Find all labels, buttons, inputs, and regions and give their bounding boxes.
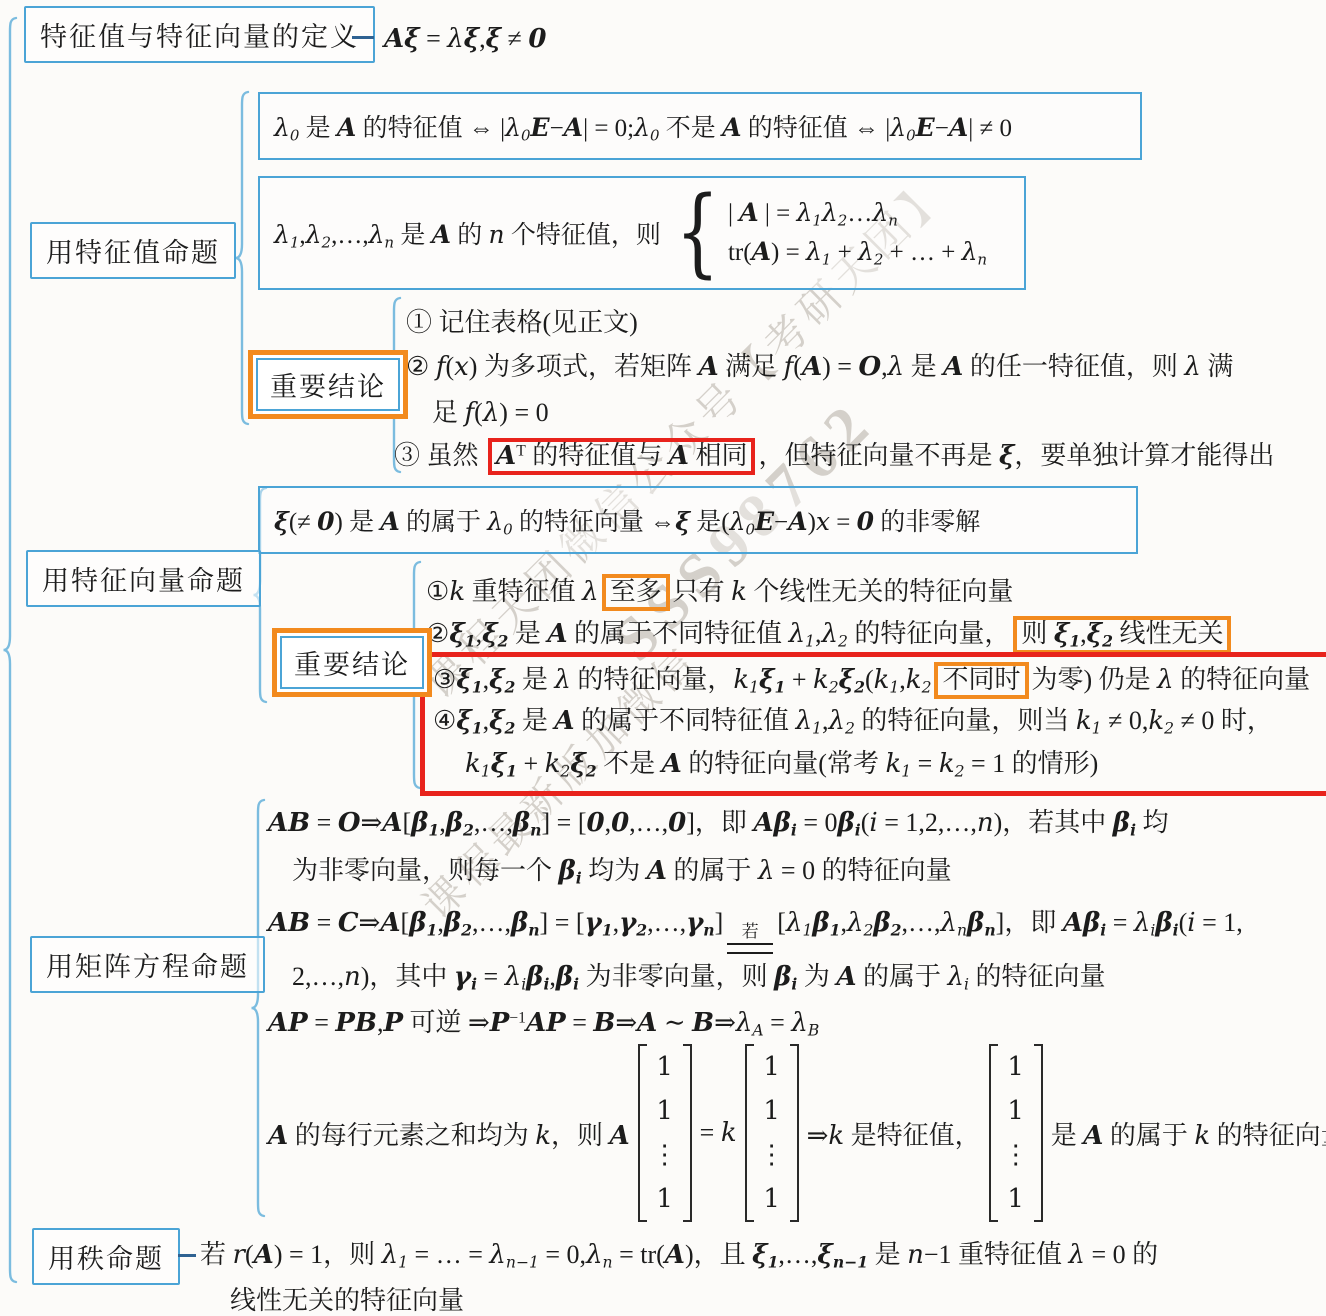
- eq2-pre: AB = C⇒A[β1,β2,…,βn] = [γ1,γ2,…,γn]: [268, 908, 723, 937]
- case-trace: tr(A) = λ1 + λ2 + … + λn: [728, 237, 987, 269]
- ones-vector-3: 11⋮1: [989, 1044, 1043, 1222]
- conclusion1-item-1: ① 记住表格(见正文): [406, 306, 638, 340]
- matrix-eq2-line1: AB = C⇒A[β1,β2,…,βn] = [γ1,γ2,…,γn]若[λ1β…: [268, 906, 1243, 954]
- eigenvalue-prop-box-1: λ0 是 A 的特征值 ⇔ |λ0E−A| = 0;λ0 不是 A 的特征值 ⇔…: [258, 92, 1142, 160]
- matrix-brace: [250, 798, 268, 1218]
- mindmap-eigenvalues: 课程天团微信公众号【考研天团】 SSS98762 课程最新版加微信 特征值与特征…: [0, 0, 1326, 1316]
- item1-post: 只有 k 个线性无关的特征向量: [673, 577, 1014, 606]
- item1-pre: ①k 重特征值 λ: [426, 577, 599, 606]
- eigenvalue-prop-1-text: λ0 是 A 的特征值 ⇔ |λ0E−A| = 0;λ0 不是 A 的特征值 ⇔…: [274, 108, 1012, 145]
- item3-post2: 为零) 仍是 λ 的特征向量: [1032, 665, 1311, 694]
- ones-vector-1: 11⋮1: [638, 1044, 692, 1222]
- matrix-eq4-row: A 的每行元素之和均为 k，则 A 11⋮1 = k 11⋮1 ⇒k 是特征值，…: [268, 1044, 1326, 1222]
- item3-pre: ③ 虽然: [394, 441, 485, 470]
- rank-line1: 若 r(A) = 1，则 λ1 = … = λn−1 = 0,λn = tr(A…: [200, 1238, 1158, 1273]
- conditional-equals: 若: [727, 923, 773, 954]
- matrix-node-box: 用矩阵方程命题: [30, 936, 265, 993]
- cases-brace: {: [675, 187, 719, 278]
- item3-red-highlight: AT 的特征值与 A 相同: [488, 438, 755, 475]
- double-rule: [727, 943, 773, 954]
- matrix-eq1-line1: AB = O⇒A[β1,β2,…,βn] = [0,0,…,0]，即 Aβi =…: [268, 806, 1169, 841]
- conclusion2-item-3: ③ξ1,ξ2 是 λ 的特征向量，k1ξ1 + k2ξ2(k1,k2不同时为零)…: [433, 662, 1310, 699]
- conclusion2-box: 重要结论: [272, 628, 432, 697]
- item3-post: ，但特征向量不再是 ξ，要单独计算才能得出: [758, 441, 1274, 470]
- rank-connector: [178, 1254, 196, 1257]
- conclusion1-item-3: ③ 虽然 AT 的特征值与 A 相同，但特征向量不再是 ξ，要单独计算才能得出: [394, 438, 1274, 475]
- conclusion2-item-2: ②ξ1,ξ2 是 A 的属于不同特征值 λ1,λ2 的特征向量，则 ξ1,ξ2 …: [426, 616, 1234, 654]
- item3-orange-highlight: 不同时: [934, 662, 1028, 699]
- item2-orange-highlight: 则 ξ1,ξ2 线性无关: [1013, 616, 1231, 654]
- conclusion2-red-block: ③ξ1,ξ2 是 λ 的特征向量，k1ξ1 + k2ξ2(k1,k2不同时为零)…: [420, 652, 1326, 796]
- conclusion1-item-2b: 足 f(λ) = 0: [432, 396, 549, 431]
- item2-pre: ②ξ1,ξ2 是 A 的属于不同特征值 λ1,λ2 的特征向量，: [426, 619, 1010, 648]
- matrix-eq3: AP = PB,P 可逆 ⇒P−1AP = B⇒A ∼ B⇒λA = λB: [268, 1006, 819, 1041]
- definition-connector: [352, 36, 374, 39]
- item1-orange-highlight: 至多: [602, 574, 670, 611]
- root-brace: [2, 16, 20, 1284]
- conclusion2-item-4a: ④ξ1,ξ2 是 A 的属于不同特征值 λ1,λ2 的特征向量，则当 k1 ≠ …: [433, 704, 1273, 739]
- ones-vector-2: 11⋮1: [745, 1044, 799, 1222]
- item3-pre2: ③ξ1,ξ2 是 λ 的特征向量，k1ξ1 + k2ξ2(k1,k2: [433, 665, 931, 694]
- eq4-mid1: = k: [700, 1118, 737, 1148]
- definition-formula: Aξ = λξ,ξ ≠ 0: [384, 22, 546, 57]
- eigenvector-node-box: 用特征向量命题: [26, 550, 261, 607]
- matrix-eq2-line2: 2,…,n)，其中 γi = λiβi,βi 为非零向量，则 βi 为 A 的属…: [292, 960, 1106, 995]
- conclusion2-item-4b: k1ξ1 + k2ξ2 不是 A 的特征向量(常考 k1 = k2 = 1 的情…: [465, 747, 1098, 782]
- eigenvector-prop-text: ξ(≠ 0) 是 A 的属于 λ0 的特征向量 ⇔ξ 是(λ0E−A)x = 0…: [274, 502, 980, 539]
- eigenvalue-node-box: 用特征值命题: [30, 222, 236, 279]
- rank-node-box: 用秩命题: [32, 1228, 180, 1285]
- eq4-mid2: ⇒k 是特征值，: [807, 1115, 981, 1152]
- eigenvector-prop-box: ξ(≠ 0) 是 A 的属于 λ0 的特征向量 ⇔ξ 是(λ0E−A)x = 0…: [258, 486, 1138, 554]
- eq4-pre: A 的每行元素之和均为 k，则 A: [268, 1115, 630, 1152]
- rank-line2: 线性无关的特征向量: [230, 1284, 464, 1316]
- case-determinant: | A | = λ1λ2…λn: [728, 198, 987, 230]
- eigenvalue-prop-box-2: λ1,λ2,…,λn 是 A 的 n 个特征值，则 { | A | = λ1λ2…: [258, 176, 1026, 290]
- conclusion1-label: 重要结论: [256, 358, 400, 411]
- eq2-post: [λ1β1,λ2β2,…,λnβn]，即 Aβi = λiβi(i = 1,: [777, 908, 1242, 937]
- definition-box: 特征值与特征向量的定义: [24, 6, 375, 63]
- eigenvalue-prop-2-text: λ1,λ2,…,λn 是 A 的 n 个特征值，则: [274, 215, 661, 252]
- matrix-eq1-line2: 为非零向量，则每一个 βi 均为 A 的属于 λ = 0 的特征向量: [292, 854, 952, 889]
- conclusion1-item-2a: ② f(x) 为多项式，若矩阵 A 满足 f(A) = O,λ 是 A 的任一特…: [406, 350, 1233, 385]
- conclusion2-label: 重要结论: [280, 636, 424, 689]
- eq4-post: 是 A 的属于 k 的特征向量: [1051, 1115, 1326, 1152]
- ruo-label: 若: [742, 923, 759, 940]
- conclusion2-item-1: ①k 重特征值 λ至多只有 k 个线性无关的特征向量: [426, 574, 1013, 611]
- conclusion1-box: 重要结论: [248, 350, 408, 419]
- cases-lines: | A | = λ1λ2…λn tr(A) = λ1 + λ2 + … + λn: [728, 198, 987, 269]
